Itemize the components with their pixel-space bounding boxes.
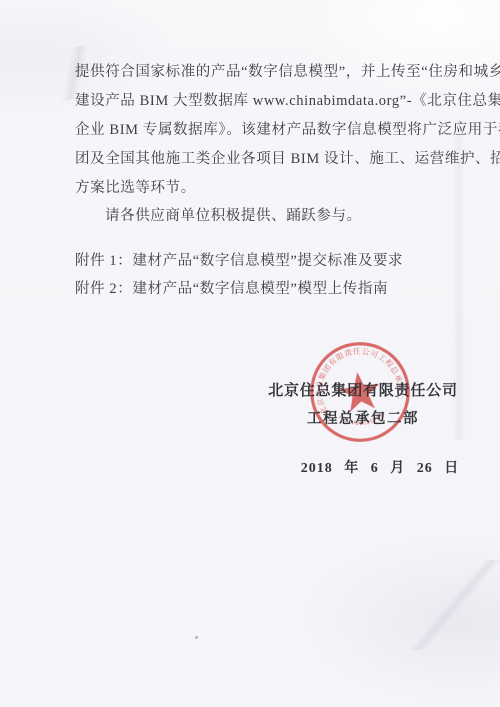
scanned-letter-page: 提供符合国家标准的产品“数字信息模型”，并上传至“住房和城乡 建设产品 BIM … bbox=[0, 0, 500, 707]
paragraph1-line4: 团及全国其他施工类企业各项目 BIM 设计、施工、运营维护、招采、 bbox=[75, 147, 500, 168]
paragraph1-line3: 企业 BIM 专属数据库》。该建材产品数字信息模型将广泛应用于我集 bbox=[75, 118, 500, 139]
scan-speck bbox=[195, 636, 198, 639]
signature-date: 2018 年 6 月 26 日 bbox=[285, 457, 475, 477]
signature-company-name: 北京住总集团有限责任公司 bbox=[268, 379, 458, 400]
signature-department: 工程总承包二部 bbox=[268, 407, 458, 428]
paragraph1-line1: 提供符合国家标准的产品“数字信息模型”，并上传至“住房和城乡 bbox=[75, 60, 500, 81]
attachment-line-2: 附件 2：建材产品“数字信息模型”模型上传指南 bbox=[75, 277, 388, 298]
paragraph1-line5: 方案比选等环节。 bbox=[75, 176, 196, 197]
attachment-line-1: 附件 1：建材产品“数字信息模型”提交标准及要求 bbox=[75, 249, 403, 270]
paper-crease-bottom-right bbox=[380, 560, 500, 650]
paragraph2: 请各供应商单位积极提供、踊跃参与。 bbox=[105, 204, 362, 225]
paragraph1-line2: 建设产品 BIM 大型数据库 www.chinabimdata.org”-《北京… bbox=[75, 89, 500, 110]
